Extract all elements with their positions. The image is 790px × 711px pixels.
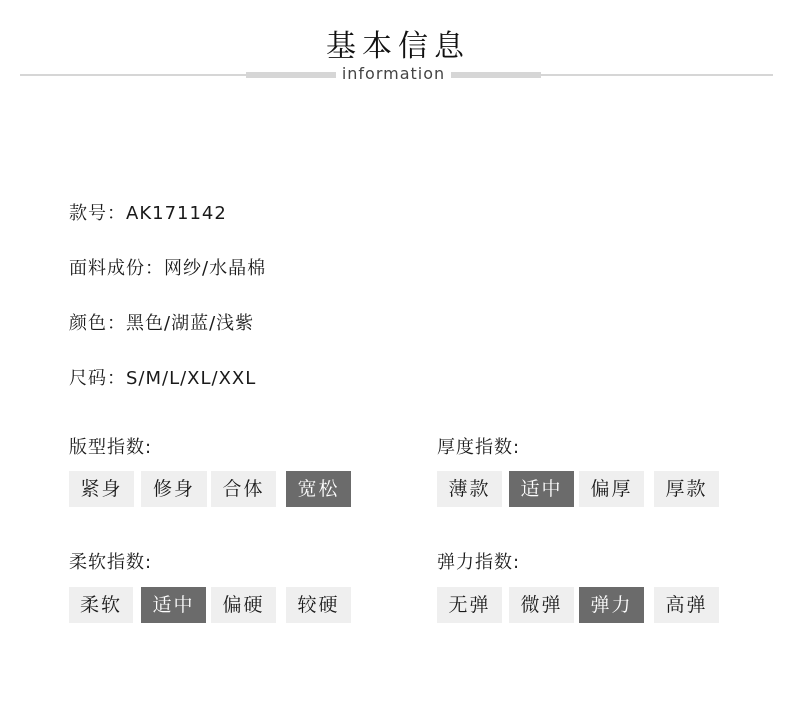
- page-title: 基本信息: [0, 27, 790, 67]
- info-row-fabric: 面料成份：网纱/水晶棉: [69, 257, 266, 281]
- thickness-option-thick: 厚款: [654, 471, 719, 507]
- elasticity-option-high: 高弹: [654, 587, 719, 623]
- info-value: 网纱/水晶棉: [164, 258, 266, 279]
- info-value: S/M/L/XL/XXL: [126, 368, 256, 389]
- softness-index-label: 柔软指数:: [69, 551, 152, 575]
- thickness-option-medium-selected: 适中: [509, 471, 574, 507]
- elasticity-option-none: 无弹: [437, 587, 502, 623]
- softness-option-stiff: 较硬: [286, 587, 351, 623]
- info-value: AK171142: [126, 203, 227, 224]
- elasticity-option-slight: 微弹: [509, 587, 574, 623]
- fit-option-loose-selected: 宽松: [286, 471, 351, 507]
- elasticity-index-label: 弹力指数:: [437, 551, 520, 575]
- info-label: 颜色：: [69, 313, 126, 334]
- header-divider-bar-right: [451, 72, 541, 78]
- softness-option-medium-selected: 适中: [141, 587, 206, 623]
- softness-option-stiffish: 偏硬: [211, 587, 276, 623]
- thickness-option-thin: 薄款: [437, 471, 502, 507]
- thickness-option-thickish: 偏厚: [579, 471, 644, 507]
- info-row-size: 尺码：S/M/L/XL/XXL: [69, 367, 256, 391]
- thickness-index-label: 厚度指数:: [437, 436, 520, 460]
- elasticity-option-stretch-selected: 弹力: [579, 587, 644, 623]
- fit-option-slim: 修身: [141, 471, 207, 507]
- info-row-style-number: 款号：AK171142: [69, 202, 227, 226]
- info-label: 尺码：: [69, 368, 126, 389]
- info-label: 款号：: [69, 203, 126, 224]
- info-value: 黑色/湖蓝/浅紫: [126, 313, 254, 334]
- info-label: 面料成份：: [69, 258, 164, 279]
- info-row-color: 颜色：黑色/湖蓝/浅紫: [69, 312, 254, 336]
- page-subtitle: information: [336, 64, 451, 84]
- fit-index-label: 版型指数:: [69, 436, 152, 460]
- fit-option-regular: 合体: [211, 471, 276, 507]
- header-divider-bar-left: [246, 72, 336, 78]
- softness-option-soft: 柔软: [69, 587, 133, 623]
- fit-option-tight: 紧身: [69, 471, 134, 507]
